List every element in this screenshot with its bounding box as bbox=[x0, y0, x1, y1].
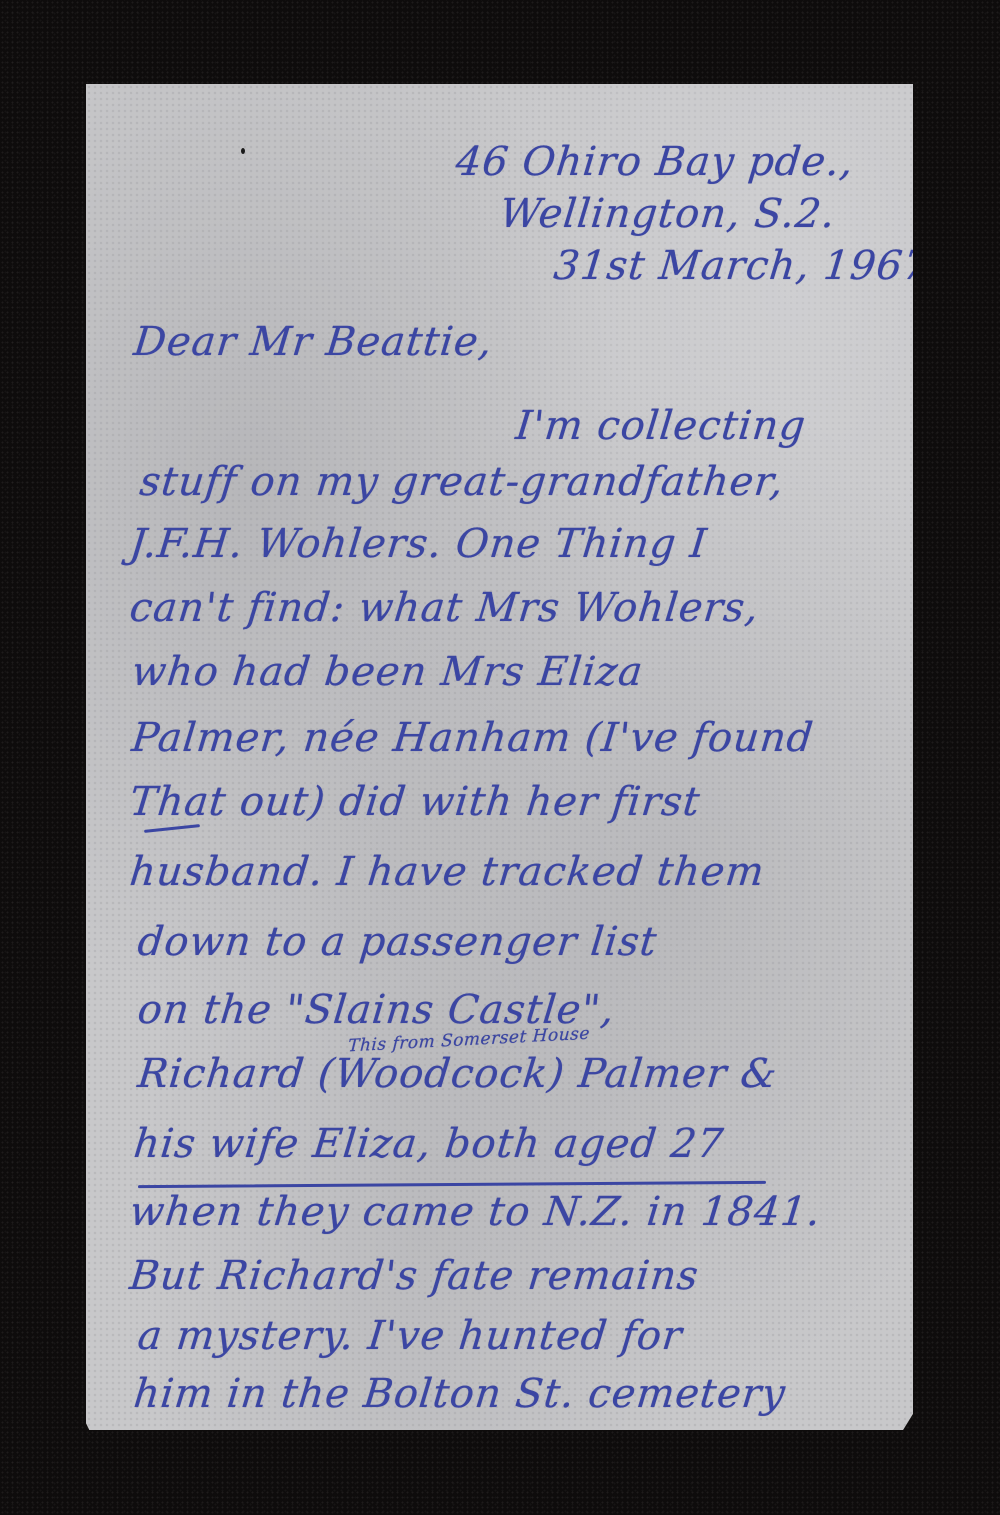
that-underline bbox=[144, 824, 200, 833]
body-line: down to a passenger list bbox=[136, 922, 659, 962]
salutation: Dear Mr Beattie, bbox=[132, 322, 495, 362]
body-line: husband. I have tracked them bbox=[128, 852, 767, 892]
paper-speck bbox=[241, 148, 245, 154]
body-line: on the "Slains Castle", bbox=[136, 990, 617, 1030]
body-line: his wife Eliza, both aged 27 bbox=[132, 1124, 726, 1164]
body-line: him in the Bolton St. cemetery bbox=[132, 1374, 788, 1414]
letter-page: 46 Ohiro Bay pde., Wellington, S.2. 31st… bbox=[86, 84, 913, 1430]
body-line: But Richard's fate remains bbox=[128, 1256, 701, 1296]
body-line: when they came to N.Z. in 1841. bbox=[128, 1192, 823, 1232]
body-line: Palmer, née Hanham (I've found bbox=[130, 718, 816, 758]
body-line: That out) did with her first bbox=[128, 782, 702, 822]
body-line: stuff on my great-grandfather, bbox=[138, 462, 786, 502]
body-line: Richard (Woodcock) Palmer & bbox=[136, 1054, 780, 1094]
address-line-2: Wellington, S.2. bbox=[498, 194, 838, 234]
body-line: I'm collecting bbox=[514, 406, 808, 446]
name-underline bbox=[138, 1181, 766, 1188]
body-line: J.F.H. Wohlers. One Thing I bbox=[128, 524, 709, 564]
letter-date: 31st March, 1967. bbox=[552, 246, 945, 286]
body-line: can't find: what Mrs Wohlers, bbox=[128, 588, 761, 628]
body-line: who had been Mrs Eliza bbox=[130, 652, 645, 692]
body-line: a mystery. I've hunted for bbox=[136, 1316, 685, 1356]
address-line-1: 46 Ohiro Bay pde., bbox=[454, 142, 856, 182]
